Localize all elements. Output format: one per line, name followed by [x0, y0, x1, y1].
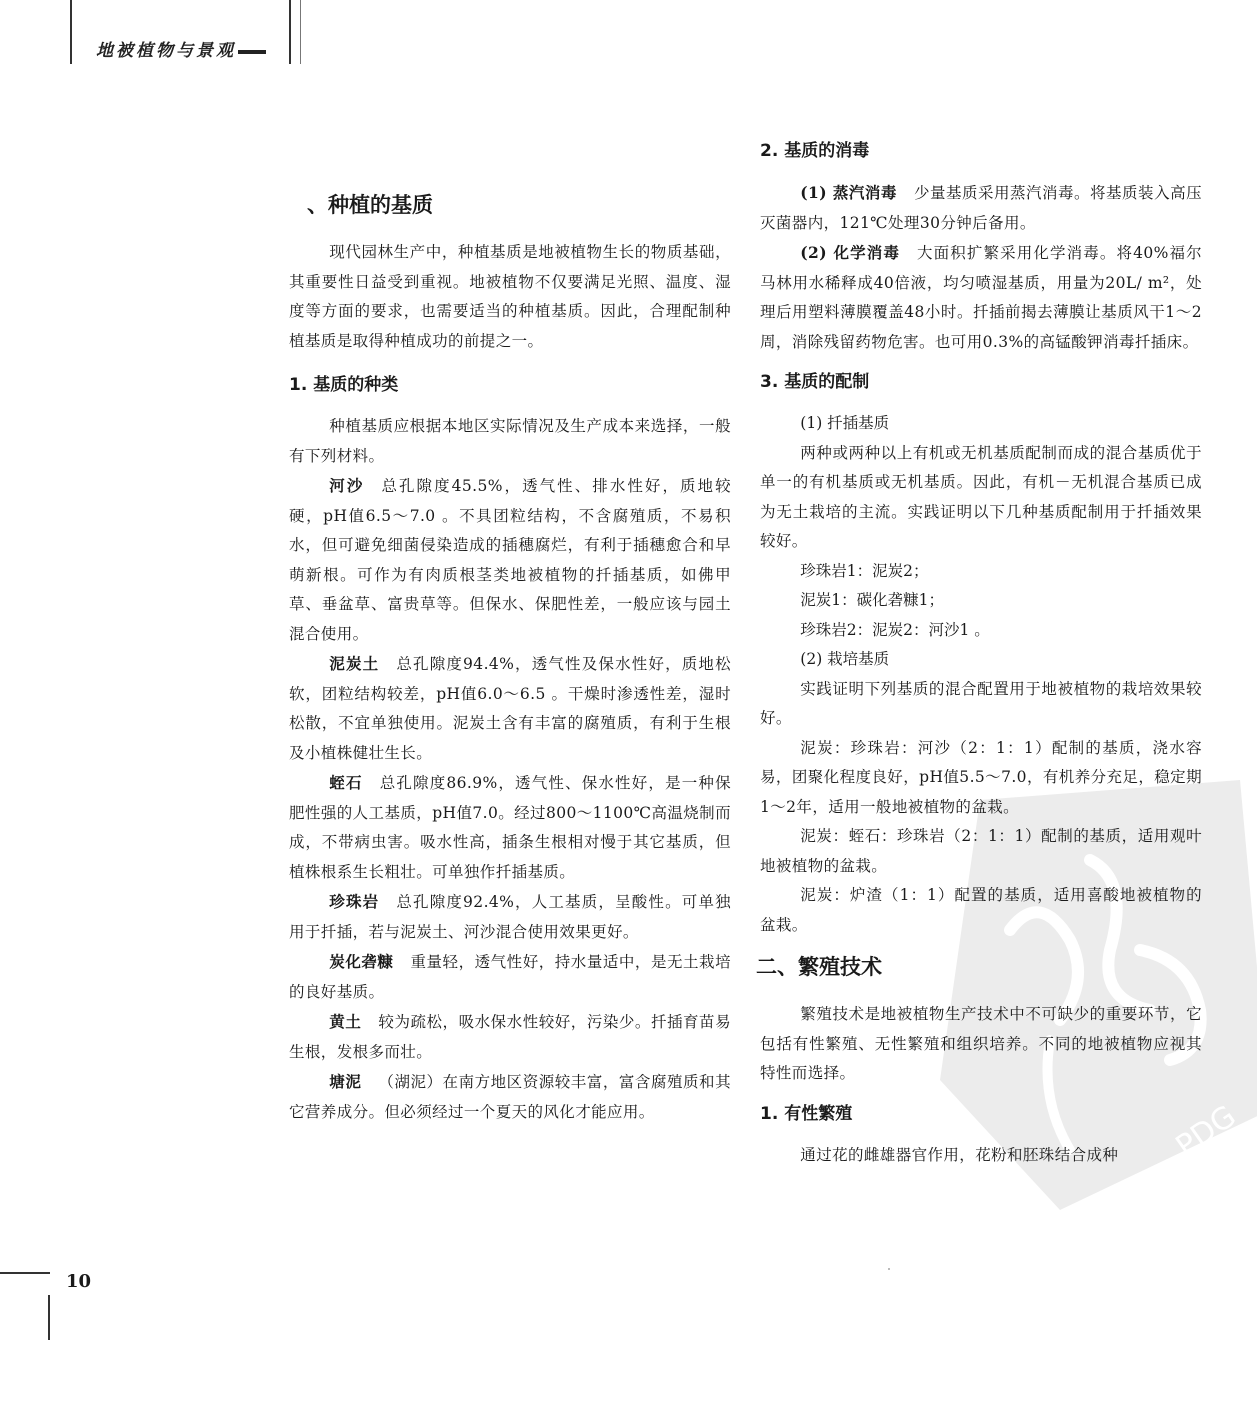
running-header-title: 地被植物与景观 — [96, 41, 236, 61]
footer-horizontal-rule — [0, 1272, 50, 1274]
running-header: 地被植物与景观 — [96, 36, 266, 61]
substrate-types-intro: 种植基质应根据本地区实际情况及生产成本来选择，一般有下列材料。 — [289, 412, 731, 471]
material-loess: 黄土较为疏松，吸水保水性较好，污染少。扦插育苗易生根，发根多而壮。 — [289, 1007, 731, 1067]
intro-paragraph: 现代园林生产中，种植基质是地被植物生长的物质基础，其重要性日益受到重视。地被植物… — [289, 238, 731, 356]
method-term: (2) 化学消毒 — [800, 243, 900, 262]
scan-speck — [888, 1268, 890, 1270]
section-heading-propagation: 二、繁殖技术 — [756, 950, 1202, 984]
material-perlite: 珍珠岩总孔隙度92.4%，人工基质，呈酸性。可单独用于扦插，若与泥炭土、河沙混合… — [289, 887, 731, 947]
header-right-rule-outer — [300, 0, 301, 64]
material-term: 蛭石 — [329, 773, 362, 792]
disinfection-chemical: (2) 化学消毒大面积扩繁采用化学消毒。将40%福尔马林用水稀释成40倍液，均匀… — [760, 238, 1202, 357]
header-dash — [238, 50, 266, 54]
page-number: 10 — [66, 1271, 91, 1292]
mix-item: 泥炭：炉渣（1：1）配置的基质，适用喜酸地被植物的盆栽。 — [760, 881, 1202, 940]
left-column: 、种植的基质 现代园林生产中，种植基质是地被植物生长的物质基础，其重要性日益受到… — [289, 188, 731, 1127]
material-carbonized-rice-hull: 炭化砻糠重量轻，透气性好，持水量适中，是无土栽培的良好基质。 — [289, 947, 731, 1007]
subsection-heading-sexual-propagation: 1. 有性繁殖 — [760, 1099, 1202, 1129]
material-term: 炭化砻糠 — [329, 952, 393, 971]
mix-item: 泥炭：蛭石：珍珠岩（2：1：1）配制的基质，适用观叶地被植物的盆栽。 — [760, 822, 1202, 881]
material-text: 总孔隙度45.5%，透气性、排水性好，质地较硬，pH值6.5～7.0 。不具团粒… — [289, 477, 731, 643]
cutting-substrate-label: (1) 扦插基质 — [760, 409, 1202, 439]
material-river-sand: 河沙总孔隙度45.5%，透气性、排水性好，质地较硬，pH值6.5～7.0 。不具… — [289, 471, 731, 649]
ratio-item: 泥炭1：碳化砻糠1； — [760, 586, 1202, 616]
disinfection-steam: (1) 蒸汽消毒少量基质采用蒸汽消毒。将基质装入高压灭菌器内，121℃处理30分… — [760, 178, 1202, 238]
right-column: 2. 基质的消毒 (1) 蒸汽消毒少量基质采用蒸汽消毒。将基质装入高压灭菌器内，… — [760, 136, 1202, 1170]
sexual-propagation-paragraph: 通过花的雌雄器官作用，花粉和胚珠结合成种 — [760, 1141, 1202, 1171]
material-term: 河沙 — [329, 476, 364, 495]
cultivation-substrate-text: 实践证明下列基质的混合配置用于地被植物的栽培效果较好。 — [760, 675, 1202, 734]
section-heading-planting-substrate: 、种植的基质 — [307, 188, 731, 222]
material-term: 塘泥 — [329, 1072, 361, 1091]
material-term: 黄土 — [329, 1012, 361, 1031]
ratio-item: 珍珠岩2：泥炭2：河沙1 。 — [760, 616, 1202, 646]
footer-vertical-rule — [48, 1295, 50, 1340]
material-peat-soil: 泥炭土总孔隙度94.4%，透气性及保水性好，质地松软，团粒结构较差，pH值6.0… — [289, 649, 731, 768]
subsection-heading-substrate-types: 1. 基质的种类 — [289, 370, 731, 400]
subsection-heading-disinfection: 2. 基质的消毒 — [760, 136, 1202, 166]
method-term: (1) 蒸汽消毒 — [800, 183, 897, 202]
material-term: 泥炭土 — [329, 654, 379, 673]
header-left-rule — [70, 0, 72, 64]
subsection-heading-formulation: 3. 基质的配制 — [760, 367, 1202, 397]
propagation-paragraph: 繁殖技术是地被植物生产技术中不可缺少的重要环节，它包括有性繁殖、无性繁殖和组织培… — [760, 1000, 1202, 1089]
material-vermiculite: 蛭石总孔隙度86.9%，透气性、保水性好，是一种保肥性强的人工基质，pH值7.0… — [289, 768, 731, 887]
cultivation-substrate-label: (2) 栽培基质 — [760, 645, 1202, 675]
ratio-item: 珍珠岩1：泥炭2； — [760, 557, 1202, 587]
cutting-substrate-text: 两种或两种以上有机或无机基质配制而成的混合基质优于单一的有机基质或无机基质。因此… — [760, 439, 1202, 557]
mix-item: 泥炭：珍珠岩：河沙（2：1：1）配制的基质，浇水容易，团聚化程度良好，pH值5.… — [760, 734, 1202, 823]
material-pond-mud: 塘泥（湖泥）在南方地区资源较丰富，富含腐殖质和其它营养成分。但必须经过一个夏天的… — [289, 1067, 731, 1127]
material-term: 珍珠岩 — [329, 892, 379, 911]
header-right-rule — [289, 0, 291, 64]
